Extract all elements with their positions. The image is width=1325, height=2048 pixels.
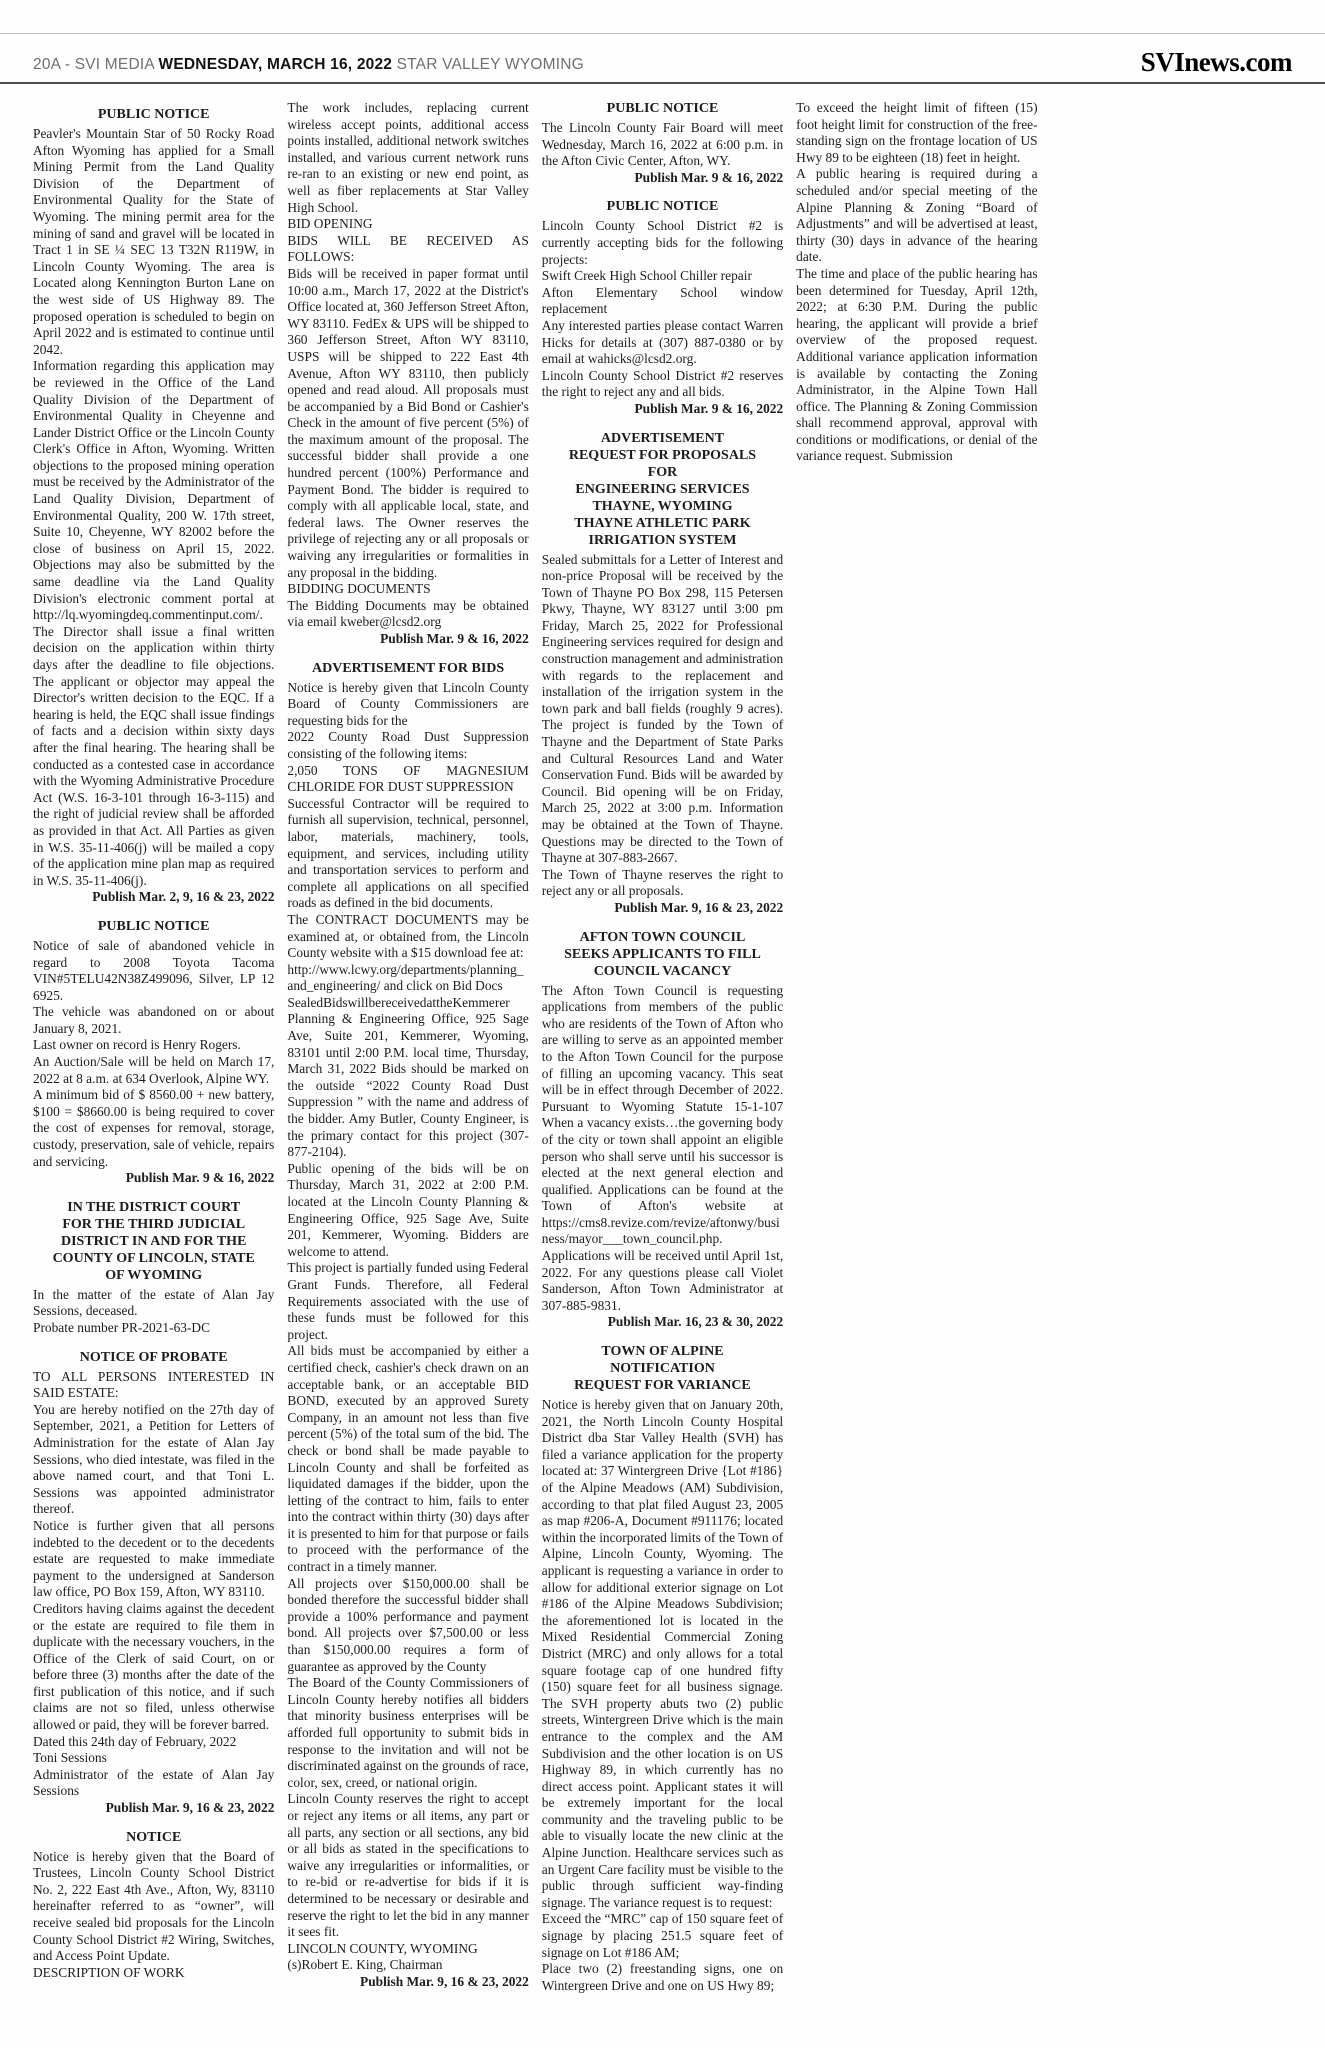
notice-9: ADVERTISEMENTREQUEST FOR PROPOSALSFORENG… <box>542 430 783 917</box>
newspaper-page: 20A - SVI MEDIA WEDNESDAY, MARCH 16, 202… <box>0 0 1325 2048</box>
notice-paragraph: Lincoln County School District #2 reserv… <box>542 368 783 401</box>
notice-title-line: IRRIGATION SYSTEM <box>542 532 783 549</box>
notice-title-line: PUBLIC NOTICE <box>33 918 274 935</box>
notice-paragraph: The Town of Thayne reserves the right to… <box>542 867 783 900</box>
notice-title-line: COUNCIL VACANCY <box>542 963 783 980</box>
notice-paragraph: Exceed the “MRC” cap of 150 square feet … <box>542 1911 783 1961</box>
notice-4: NOTICE OF PROBATETO ALL PERSONS INTEREST… <box>33 1349 274 1817</box>
notice-paragraph: Place two (2) freestanding signs, one on… <box>542 1961 783 1994</box>
notice-title-line: OF WYOMING <box>33 1267 274 1284</box>
notice-paragraph: Toni Sessions <box>33 1750 274 1767</box>
notice-paragraph: BID OPENING <box>287 216 528 233</box>
notice-paragraph: This project is partially funded using F… <box>287 1260 528 1343</box>
notice-paragraph: All projects over $150,000.00 shall be b… <box>287 1576 528 1676</box>
notice-title: NOTICE <box>33 1829 274 1846</box>
notice-paragraph: The time and place of the public hearing… <box>796 266 1037 465</box>
notice-paragraph: TO ALL PERSONS INTERESTED IN SAID ESTATE… <box>33 1369 274 1402</box>
notice-paragraph: 2022 County Road Dust Suppression consis… <box>287 729 528 762</box>
notice-paragraph: Last owner on record is Henry Rogers. <box>33 1037 274 1054</box>
masthead-logo: SVInews.com <box>1141 49 1292 78</box>
notice-paragraph: Creditors having claims against the dece… <box>33 1601 274 1734</box>
notice-8: PUBLIC NOTICELincoln County School Distr… <box>542 198 783 417</box>
notice-paragraph: Administrator of the estate of Alan Jay … <box>33 1767 274 1800</box>
notice-paragraph: SealedBidswillbereceivedattheKemmerer Pl… <box>287 995 528 1161</box>
notice-publish-line: Publish Mar. 9 & 16, 2022 <box>542 170 783 187</box>
notice-title-line: SEEKS APPLICANTS TO FILL <box>542 946 783 963</box>
notice-title: NOTICE OF PROBATE <box>33 1349 274 1366</box>
notice-title: PUBLIC NOTICE <box>33 918 274 935</box>
notice-title-line: ADVERTISEMENT <box>542 430 783 447</box>
notice-2: PUBLIC NOTICENotice of sale of abandoned… <box>33 918 274 1187</box>
page-edition-label: 20A - SVI MEDIA <box>33 56 154 73</box>
notice-6: ADVERTISEMENT FOR BIDSNotice is hereby g… <box>287 660 528 1991</box>
notice-paragraph: Notice is further given that all persons… <box>33 1518 274 1601</box>
notice-paragraph: Lincoln County reserves the right to acc… <box>287 1791 528 1940</box>
notice-paragraph: In the matter of the estate of Alan Jay … <box>33 1287 274 1320</box>
notice-title-line: REQUEST FOR VARIANCE <box>542 1377 783 1394</box>
notice-paragraph: A public hearing is required during a sc… <box>796 166 1037 266</box>
notice-title-line: IN THE DISTRICT COURT <box>33 1199 274 1216</box>
notice-publish-line: Publish Mar. 9 & 16, 2022 <box>287 631 528 648</box>
notice-paragraph: The Afton Town Council is requesting app… <box>542 983 783 1249</box>
notice-paragraph: The CONTRACT DOCUMENTS may be examined a… <box>287 912 528 962</box>
notice-title-line: COUNTY OF LINCOLN, STATE <box>33 1250 274 1267</box>
notice-paragraph: All bids must be accompanied by either a… <box>287 1343 528 1575</box>
notice-1: PUBLIC NOTICEPeavler's Mountain Star of … <box>33 106 274 906</box>
notice-3: IN THE DISTRICT COURTFOR THE THIRD JUDIC… <box>33 1199 274 1337</box>
notice-publish-line: Publish Mar. 9 & 16, 2022 <box>33 1170 274 1187</box>
notice-paragraph: Public opening of the bids will be on Th… <box>287 1161 528 1261</box>
notice-publish-line: Publish Mar. 9, 16 & 23, 2022 <box>33 1800 274 1817</box>
notice-title: ADVERTISEMENT FOR BIDS <box>287 660 528 677</box>
notice-title-line: PUBLIC NOTICE <box>542 198 783 215</box>
notice-title-line: NOTIFICATION <box>542 1360 783 1377</box>
notice-title-line: FOR THE THIRD JUDICIAL <box>33 1216 274 1233</box>
notice-paragraph: BIDS WILL BE RECEIVED AS FOLLOWS: <box>287 233 528 266</box>
notice-title: IN THE DISTRICT COURTFOR THE THIRD JUDIC… <box>33 1199 274 1284</box>
notice-title-line: REQUEST FOR PROPOSALS <box>542 447 783 464</box>
notice-paragraph: Peavler's Mountain Star of 50 Rocky Road… <box>33 126 274 358</box>
notice-paragraph: The Board of the County Commissioners of… <box>287 1675 528 1791</box>
notice-title-line: DISTRICT IN AND FOR THE <box>33 1233 274 1250</box>
notice-title: TOWN OF ALPINENOTIFICATIONREQUEST FOR VA… <box>542 1343 783 1394</box>
notice-paragraph: Afton Elementary School window replaceme… <box>542 285 783 318</box>
notice-paragraph: Successful Contractor will be required t… <box>287 796 528 912</box>
notice-paragraph: The vehicle was abandoned on or about Ja… <box>33 1004 274 1037</box>
notice-title-line: THAYNE, WYOMING <box>542 498 783 515</box>
notice-paragraph: LINCOLN COUNTY, WYOMING <box>287 1941 528 1958</box>
notice-10: AFTON TOWN COUNCILSEEKS APPLICANTS TO FI… <box>542 929 783 1331</box>
page-location: STAR VALLEY WYOMING <box>397 56 584 73</box>
notice-paragraph: Dated this 24th day of February, 2022 <box>33 1734 274 1751</box>
header-left: 20A - SVI MEDIA WEDNESDAY, MARCH 16, 202… <box>33 56 584 78</box>
notice-title-line: TOWN OF ALPINE <box>542 1343 783 1360</box>
notice-title-line: THAYNE ATHLETIC PARK <box>542 515 783 532</box>
notice-publish-line: Publish Mar. 9 & 16, 2022 <box>542 401 783 418</box>
notice-paragraph: BIDDING DOCUMENTS <box>287 581 528 598</box>
notice-title: AFTON TOWN COUNCILSEEKS APPLICANTS TO FI… <box>542 929 783 980</box>
notice-paragraph: The work includes, replacing current wir… <box>287 100 528 216</box>
notice-paragraph: Notice is hereby given that Lincoln Coun… <box>287 680 528 730</box>
top-rule <box>0 33 1325 34</box>
notice-paragraph: A minimum bid of $ 8560.00 + new battery… <box>33 1087 274 1170</box>
notice-title-line: AFTON TOWN COUNCIL <box>542 929 783 946</box>
notice-paragraph: An Auction/Sale will be held on March 17… <box>33 1054 274 1087</box>
notice-7: PUBLIC NOTICEThe Lincoln County Fair Boa… <box>542 100 783 186</box>
notice-paragraph: To exceed the height limit of fifteen (1… <box>796 100 1037 166</box>
notice-paragraph: 2,050 TONS OF MAGNESIUM CHLORIDE FOR DUS… <box>287 763 528 796</box>
notice-paragraph: Notice is hereby given that the Board of… <box>33 1849 274 1965</box>
notice-title: PUBLIC NOTICE <box>542 198 783 215</box>
notice-title-line: FOR <box>542 464 783 481</box>
header-rule <box>0 82 1325 84</box>
notice-title-line: NOTICE OF PROBATE <box>33 1349 274 1366</box>
notice-paragraph: Applications will be received until Apri… <box>542 1248 783 1314</box>
notice-paragraph: DESCRIPTION OF WORK <box>33 1965 274 1982</box>
notice-publish-line: Publish Mar. 16, 23 & 30, 2022 <box>542 1314 783 1331</box>
notice-paragraph: Swift Creek High School Chiller repair <box>542 268 783 285</box>
notice-paragraph: Notice of sale of abandoned vehicle in r… <box>33 938 274 1004</box>
notice-publish-line: Publish Mar. 2, 9, 16 & 23, 2022 <box>33 889 274 906</box>
notice-paragraph: Lincoln County School District #2 is cur… <box>542 218 783 268</box>
notice-paragraph: http://www.lcwy.org/departments/planning… <box>287 962 528 995</box>
notice-paragraph: Bids will be received in paper format un… <box>287 266 528 581</box>
notice-title-line: PUBLIC NOTICE <box>33 106 274 123</box>
notice-publish-line: Publish Mar. 9, 16 & 23, 2022 <box>287 1974 528 1991</box>
notice-paragraph: Notice is hereby given that on January 2… <box>542 1397 783 1911</box>
page-header: 20A - SVI MEDIA WEDNESDAY, MARCH 16, 202… <box>33 40 1292 78</box>
notice-title-line: NOTICE <box>33 1829 274 1846</box>
notice-publish-line: Publish Mar. 9, 16 & 23, 2022 <box>542 900 783 917</box>
notice-paragraph: Information regarding this application m… <box>33 358 274 889</box>
notice-paragraph: The Bidding Documents may be obtained vi… <box>287 598 528 631</box>
notice-paragraph: Any interested parties please contact Wa… <box>542 318 783 368</box>
notice-paragraph: (s)Robert E. King, Chairman <box>287 1957 528 1974</box>
notices-flow: PUBLIC NOTICEPeavler's Mountain Star of … <box>33 100 1292 2000</box>
notice-title: ADVERTISEMENTREQUEST FOR PROPOSALSFORENG… <box>542 430 783 549</box>
notice-paragraph: The Lincoln County Fair Board will meet … <box>542 120 783 170</box>
notice-title-line: PUBLIC NOTICE <box>542 100 783 117</box>
notice-paragraph: Probate number PR-2021-63-DC <box>33 1320 274 1337</box>
notice-paragraph: Sealed submittals for a Letter of Intere… <box>542 552 783 867</box>
notice-title: PUBLIC NOTICE <box>33 106 274 123</box>
notice-title: PUBLIC NOTICE <box>542 100 783 117</box>
notice-paragraph: You are hereby notified on the 27th day … <box>33 1402 274 1518</box>
notice-title-line: ADVERTISEMENT FOR BIDS <box>287 660 528 677</box>
page-date: WEDNESDAY, MARCH 16, 2022 <box>159 56 393 73</box>
notice-title-line: ENGINEERING SERVICES <box>542 481 783 498</box>
